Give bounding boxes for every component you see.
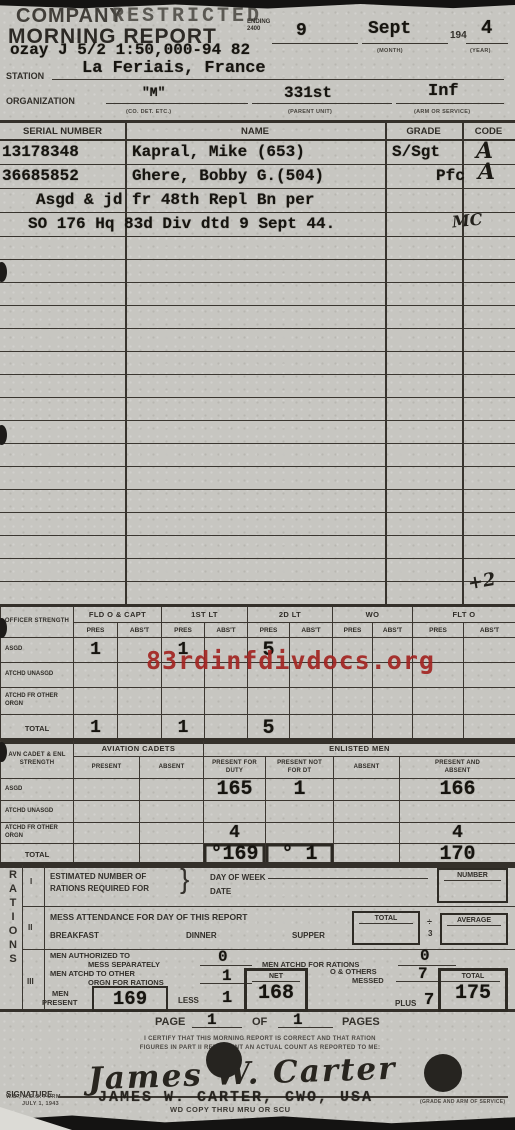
remark-text: Asgd & jd fr 48th Repl Bn per: [36, 191, 314, 209]
abst-header: ABS'T: [463, 622, 515, 637]
station-label: STATION: [6, 71, 44, 81]
remark-initials: MC: [451, 209, 483, 231]
officer-cell: [463, 637, 515, 662]
roster-remark-row: SO 176 Hq 83d Div dtd 9 Sept 44. MC: [0, 213, 515, 237]
day-of-week-line: [268, 867, 428, 879]
officer-cell: [289, 714, 332, 741]
officer-cell: [117, 687, 161, 714]
part-divider: [22, 906, 515, 907]
year-underline: [466, 26, 508, 44]
enlisted-cell: [399, 800, 515, 822]
breakfast-label: BREAKFAST: [50, 931, 99, 940]
officer-cell: 5: [247, 714, 289, 741]
enlisted-cell: [265, 800, 333, 822]
entry-code: A: [478, 159, 495, 185]
officer-cell: [372, 687, 412, 714]
org-unit-underline: [106, 86, 248, 104]
enlisted-cell: [139, 800, 203, 822]
enlisted-cell: 4: [203, 822, 265, 843]
ending-word: ENDING: [247, 19, 270, 25]
grand-total-box: TOTAL 175: [438, 968, 508, 1012]
grand-total-value: 175: [441, 982, 505, 1005]
roster-empty-row: [0, 444, 515, 467]
less-label: LESS: [178, 996, 199, 1005]
ending-time: 2400: [247, 26, 260, 32]
entry-name: Ghere, Bobby G.(504): [132, 167, 324, 185]
scan-edge-bottom: [0, 1113, 515, 1130]
pres-header: PRES: [161, 622, 204, 637]
officer-cell: [73, 687, 117, 714]
roster-empty-row: [0, 329, 515, 352]
officer-cell: [332, 714, 372, 741]
org-parent-underline: [252, 86, 392, 104]
pres-header: PRES: [412, 622, 463, 637]
officer-group-header: 1ST LT: [161, 607, 247, 622]
dinner-label: DINNER: [186, 931, 217, 940]
enlisted-men-header: ENLISTED MEN: [203, 741, 515, 756]
document-paper: COMPANY RESTRICTED MORNING REPORT ENDING…: [0, 0, 515, 1130]
enlisted-row-label: ATCHD UNASGD: [0, 800, 73, 822]
officer-cell: [372, 714, 412, 741]
certify-line1: I CERTIFY THAT THIS MORNING REPORT IS CO…: [90, 1036, 430, 1042]
of-label: OF: [252, 1016, 267, 1028]
parent-sub-label: (PARENT UNIT): [288, 109, 332, 115]
divide-by: 3: [428, 929, 432, 938]
rations-vline: [44, 865, 45, 1009]
divide-sign: ÷: [427, 917, 432, 927]
officer-cell: 1: [161, 714, 204, 741]
officer-cell: [412, 687, 463, 714]
roster-empty-row: [0, 375, 515, 398]
officer-cell: [204, 687, 247, 714]
part-numeral-1: I: [30, 877, 32, 886]
punch-hole: [424, 1054, 462, 1092]
enlisted-strength-table: AVN CADET & ENL STRENGTH AVIATION CADETS…: [0, 738, 515, 868]
roster-empty-row: [0, 513, 515, 536]
roster-divider-grade: [385, 123, 387, 605]
supper-label: SUPPER: [292, 931, 325, 940]
enlisted-cell: [333, 778, 399, 800]
page-label: PAGE: [155, 1016, 185, 1028]
officer-row-label: ASGD: [0, 637, 73, 662]
month-underline: [362, 26, 448, 44]
pages-label: PAGES: [342, 1016, 380, 1028]
enlisted-row-label: ASGD: [0, 778, 73, 800]
col-header: PRESENT AND ABSENT: [399, 756, 515, 778]
auth-mess-label2: MESS SEPARATELY: [88, 960, 160, 969]
officer-row-label: ATCHD FR OTHER ORGN: [0, 687, 73, 714]
code-header: CODE: [462, 123, 515, 139]
roster-table: SERIAL NUMBER NAME GRADE CODE 13178348 K…: [0, 120, 515, 605]
scanned-morning-report: { "watermark": { "text": "83rdinfdivdocs…: [0, 0, 515, 1130]
col-header: ABSENT: [139, 756, 203, 778]
signature-typed: JAMES W. CARTER, CWO, USA: [98, 1089, 373, 1106]
unit-sub-label: (CO. DET. ETC.): [126, 109, 171, 115]
ending-label: ENDING 2400: [247, 19, 270, 33]
grade-header: GRADE: [385, 123, 462, 139]
officer-group-header: WO: [332, 607, 412, 622]
pres-header: PRES: [247, 622, 289, 637]
others-messed-label2: MESSED: [352, 976, 384, 985]
pages-line: [278, 1013, 333, 1028]
form-id-line1: W.D., A.G.O. FORM: [6, 1094, 61, 1100]
officer-cell: [332, 687, 372, 714]
roster-header-row: SERIAL NUMBER NAME GRADE CODE: [0, 123, 515, 141]
enlisted-row-label: ATCHD FR OTHER ORGN: [0, 822, 73, 843]
roster-entry-row: 13178348 Kapral, Mike (653) S/Sgt A: [0, 141, 515, 165]
col-header: PRESENT FOR DUTY: [203, 756, 265, 778]
organization-label: ORGANIZATION: [6, 96, 75, 106]
auth-mess-line: [200, 952, 252, 966]
roster-remark-row: Asgd & jd fr 48th Repl Bn per: [0, 189, 515, 213]
col-header: PRESENT: [73, 756, 139, 778]
net-box-label: NET: [252, 973, 300, 982]
roster-entry-row: 36685852 Ghere, Bobby G.(504) Pfc A: [0, 165, 515, 189]
men-present-label1: MEN: [52, 989, 69, 998]
roster-empty-row: [0, 237, 515, 260]
number-box: NUMBER: [437, 868, 508, 903]
roster-empty-row: [0, 582, 515, 605]
atchd-rations-line: [398, 952, 456, 966]
officer-cell: [412, 714, 463, 741]
entry-grade: Pfc: [436, 167, 465, 185]
abst-header: ABS'T: [117, 622, 161, 637]
day-of-week-label: DAY OF WEEK: [210, 873, 266, 882]
year-printed-prefix: 194: [450, 30, 467, 41]
serial-number-header: SERIAL NUMBER: [0, 123, 125, 139]
enlisted-cell: 166: [399, 778, 515, 800]
average-box-label: AVERAGE: [447, 917, 501, 926]
number-box-label: NUMBER: [444, 872, 501, 881]
enlisted-cell: [73, 778, 139, 800]
roster-empty-row: [0, 490, 515, 513]
abst-header: ABS'T: [204, 622, 247, 637]
net-value: 168: [247, 982, 305, 1005]
part-numeral-3: III: [27, 977, 34, 986]
entry-name: Kapral, Mike (653): [132, 143, 305, 161]
officer-group-header: FLT O: [412, 607, 515, 622]
officer-cell: [73, 662, 117, 687]
grand-total-label: TOTAL: [446, 973, 500, 982]
roster-empty-row: [0, 559, 515, 582]
roster-empty-row: [0, 352, 515, 375]
rations-side-label: RATIONS: [7, 869, 19, 1009]
page-line: [192, 1013, 242, 1028]
day-underline: [272, 26, 358, 44]
officer-row-label: ATCHD UNASGD: [0, 662, 73, 687]
men-present-label2: PRESENT: [42, 998, 77, 1007]
officer-cell: [463, 662, 515, 687]
enlisted-cell: 4: [399, 822, 515, 843]
entry-serial: 36685852: [2, 167, 79, 185]
men-present-value: 169: [94, 988, 166, 1010]
station-underline: [52, 62, 504, 80]
form-id-line2: JULY 1, 1943: [22, 1101, 59, 1107]
officer-cell: [247, 687, 289, 714]
remark-text: SO 176 Hq 83d Div dtd 9 Sept 44.: [28, 215, 335, 233]
enlisted-corner-label: AVN CADET & ENL STRENGTH: [0, 741, 73, 778]
roster-empty-row: [0, 260, 515, 283]
plus-label: PLUS: [395, 999, 416, 1008]
date-label: DATE: [210, 887, 231, 896]
entry-grade: S/Sgt: [392, 143, 440, 161]
officer-cell: [463, 714, 515, 741]
pres-header: PRES: [73, 622, 117, 637]
rations-vline: [22, 865, 23, 1009]
officer-group-header: FLD O & CAPT: [73, 607, 161, 622]
atchd-other-label1: MEN ATCHD TO OTHER: [50, 969, 135, 978]
mess-total-label: TOTAL: [359, 915, 413, 924]
roster-empty-row: [0, 467, 515, 490]
org-arm-underline: [396, 86, 504, 104]
officer-corner-label: OFFICER STRENGTH: [0, 607, 73, 637]
less-value: 1: [222, 989, 232, 1008]
average-box: AVERAGE: [440, 913, 508, 945]
pres-header: PRES: [332, 622, 372, 637]
officer-group-header: 2D LT: [247, 607, 332, 622]
grade-arm-sub-label: (GRADE AND ARM OF SERVICE): [420, 1099, 505, 1105]
officer-total-label: TOTAL: [0, 714, 73, 741]
site-watermark: 83rdinfdivdocs.org: [146, 646, 435, 675]
others-messed-label1: O & OTHERS: [330, 967, 377, 976]
mess-total-box: TOTAL: [352, 911, 420, 945]
est-rations-label1: ESTIMATED NUMBER OF: [50, 872, 146, 881]
roster-empty-row: [0, 398, 515, 421]
officer-cell: 1: [73, 714, 117, 741]
year-sub-label: (YEAR): [470, 48, 491, 54]
roster-divider-code: [462, 123, 464, 605]
name-header: NAME: [125, 123, 385, 139]
enlisted-cell: [265, 822, 333, 843]
brace-glyph: }: [180, 863, 189, 895]
enlisted-cell: [73, 822, 139, 843]
enlisted-cell: [333, 800, 399, 822]
abst-header: ABS'T: [372, 622, 412, 637]
punch-hole: [206, 1042, 242, 1078]
arm-sub-label: (ARM OR SERVICE): [414, 109, 470, 115]
scan-edge-top: [0, 0, 515, 9]
abst-header: ABS'T: [289, 622, 332, 637]
enlisted-cell: [203, 800, 265, 822]
officer-cell: [204, 714, 247, 741]
roster-empty-row: [0, 306, 515, 329]
men-present-box: 169: [92, 986, 168, 1012]
auth-mess-label1: MEN AUTHORIZED TO: [50, 951, 130, 960]
roster-empty-row: [0, 536, 515, 559]
col-header: ABSENT: [333, 756, 399, 778]
entry-serial: 13178348: [2, 143, 79, 161]
enlisted-cell: 1: [265, 778, 333, 800]
copy-note: WD COPY THRU MRU OR SCU: [170, 1105, 291, 1114]
roster-empty-row: [0, 283, 515, 306]
enlisted-cell: [139, 822, 203, 843]
col-header: PRESENT NOT FOR DT: [265, 756, 333, 778]
enlisted-cell: [73, 800, 139, 822]
officer-cell: [463, 687, 515, 714]
officer-cell: [161, 687, 204, 714]
plus-value: 7: [424, 991, 434, 1010]
enlisted-cell: [139, 778, 203, 800]
mess-attendance-title: MESS ATTENDANCE FOR DAY OF THIS REPORT: [50, 912, 247, 922]
aviation-cadets-header: AVIATION CADETS: [73, 741, 203, 756]
est-rations-label2: RATIONS REQUIRED FOR: [50, 884, 149, 893]
officer-cell: [117, 714, 161, 741]
certify-line2: FIGURES IN PART II REPRESENT AN ACTUAL C…: [90, 1045, 430, 1051]
rations-section: RATIONS I II III ESTIMATED NUMBER OF RAT…: [0, 862, 515, 1012]
part-numeral-2: II: [28, 923, 32, 932]
officer-cell: 1: [73, 637, 117, 662]
map-reference: ozay J 5/2 1:50,000-94 82: [10, 41, 250, 59]
month-sub-label: (MONTH): [377, 48, 403, 54]
net-box: NET 168: [244, 968, 308, 1012]
roster-empty-row: [0, 421, 515, 444]
enlisted-cell: [333, 822, 399, 843]
enlisted-cell: 165: [203, 778, 265, 800]
officer-cell: [289, 687, 332, 714]
